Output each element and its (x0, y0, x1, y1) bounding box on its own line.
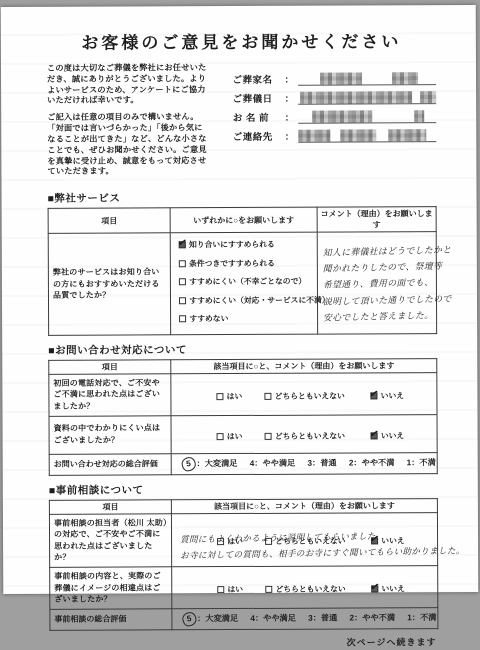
mosaic-block (414, 110, 424, 122)
checkbox-empty (265, 393, 272, 400)
option-hard-misfortune: すすめにくい（不幸ごとなので） (179, 276, 313, 288)
inquiry-row-materials: 資料の中でわかりにくい点はございましたか？ はい どちらともいえない ✓ いいえ (49, 414, 437, 454)
service-header-row: 項目 いずれかに○をお願いします コメント（理由）をお願いします (48, 207, 436, 234)
option-yes: はい (217, 584, 265, 595)
field-name: お 名 前 ： (233, 104, 437, 124)
check-mark: ✓ (368, 386, 380, 401)
option-label: どちらともいえない (275, 430, 345, 441)
field-contact: ご連絡先 ： (233, 123, 437, 143)
option-label: すすめにくい（対応・サービスに不満） (189, 294, 329, 306)
scale-text: 大変満足 (205, 459, 238, 468)
inquiry-table: 項目 該当項目に○と、コメント（理由）をお願いします 初回の電話対応で、ご不安や… (48, 358, 438, 475)
option-yes: はい (217, 430, 265, 441)
option-no: ✓ いいえ (371, 583, 404, 594)
check-mark: ✓ (369, 579, 381, 594)
checkbox-empty (265, 586, 272, 593)
option-label: どちらともいえない (275, 390, 345, 401)
scanned-survey-paper: お客様のご意見をお聞かせください この度は大切なご葬儀を弊社にお任せいただき、誠… (1, 5, 479, 594)
col-header-item: 項目 (48, 208, 170, 234)
consult-table: 項目 該当項目に○と、コメント（理由）をお願いします 事前相談の担当者（松川 太… (49, 498, 439, 600)
handwriting-line: 安心でしたと答えました。 (323, 308, 434, 327)
consult-answer: はい どちらともいえない ✓ いいえ (172, 566, 438, 600)
option-label: すすめにくい（不幸ごとなので） (189, 276, 306, 288)
consult-answer: はい どちらともいえない ✓ いいえ 質問にもよくわかるように説明してもらいまし… (172, 512, 438, 567)
mosaic-block (320, 72, 362, 84)
inquiry-answer: はい どちらともいえない ✓ いいえ (171, 414, 437, 453)
checkbox-checked: ✓ (371, 432, 378, 439)
option-label: いいえ (381, 390, 404, 401)
field-label: ご葬儀日 (233, 91, 283, 105)
mosaic-block (420, 91, 436, 103)
scale-text: やや不満 (362, 458, 395, 467)
inquiry-question: 初回の電話対応で、ご不安やご不満に思われた点はございましたか？ (49, 374, 171, 416)
checkbox-empty (265, 432, 272, 439)
checkbox-empty (179, 260, 186, 267)
page-title: お客様のご意見をお聞かせください (47, 27, 436, 54)
scale-2: 2：やや不満 (349, 458, 395, 467)
field-funeral-date: ご葬儀日 ： (233, 85, 437, 105)
option-label: はい (227, 584, 243, 595)
consult-question: 事前相談の担当者（松川 太助）の対応で、ご不安やご不満に思われた点はございました… (49, 513, 171, 567)
field-colon: ： (285, 110, 295, 124)
scale-colon: ： (312, 458, 320, 467)
option-not-recommend: すすめない (179, 313, 313, 325)
option-neither: どちらともいえない (265, 430, 371, 441)
option-label: 条件つきですすめられる (189, 258, 275, 269)
scale-text: やや満足 (262, 458, 295, 467)
field-label: ご葬家名 (232, 72, 282, 86)
check-mark: ✓ (177, 236, 189, 251)
option-label: はい (227, 391, 243, 402)
scale-text: 普通 (320, 458, 336, 467)
field-family-name: ご葬家名 ： (232, 66, 436, 86)
service-options: ✓ 知り合いにすすめられる 条件つきですすめられる すすめにくい（不幸ごとなので… (170, 232, 317, 334)
mosaic-block (312, 110, 372, 122)
answer-options: はい どちらともいえない ✓ いいえ (172, 579, 437, 595)
service-question: 弊社のサービスはお知り合いの方にもおすすめいただける品質でしたか？ (48, 233, 171, 335)
checkbox-empty (179, 297, 186, 304)
mosaic-block (388, 129, 426, 141)
intro-text: この度は大切なご葬儀を弊社にお任せいただき、誠にありがとうございました。よりよい… (47, 63, 211, 184)
rating-scale: 5：大変満足 4：やや満足 3：普通 2：やや不満 1：不満 (171, 452, 437, 474)
option-hard-dissatisfied: すすめにくい（対応・サービスに不満） (179, 294, 313, 306)
section-heading-service: ■弊社サービス (48, 189, 437, 206)
option-label: 知り合いにすすめられる (189, 239, 275, 250)
rating-label: お問い合わせ対応の総合評価 (49, 453, 171, 475)
field-colon: ： (285, 91, 295, 105)
inquiry-question: 資料の中でわかりにくい点はございましたか？ (49, 415, 171, 454)
inquiry-answer: はい どちらともいえない ✓ いいえ (171, 372, 437, 415)
field-label: ご連絡先 (233, 129, 283, 143)
checkbox-checked: ✓ (179, 242, 186, 249)
option-yes: はい (217, 391, 265, 402)
option-label: いいえ (381, 430, 404, 441)
answer-options: はい どちらともいえない ✓ いいえ (172, 386, 437, 402)
option-label: どちらともいえない (275, 583, 345, 594)
mosaic-block (392, 72, 418, 84)
circled-number: 5 (181, 456, 196, 472)
scale-colon: ： (353, 458, 361, 467)
check-mark: ✓ (369, 426, 381, 441)
scale-colon: ： (196, 459, 204, 468)
scale-1: 1：不満 (407, 458, 436, 467)
redacted-value-mosaic (298, 90, 436, 105)
scale-colon: ： (411, 458, 419, 467)
scale-4: 4：やや満足 (250, 458, 296, 467)
intro-paragraph-1: この度は大切なご葬儀を弊社にお任せいただき、誠にありがとうございました。よりよい… (47, 63, 211, 107)
contact-fields: ご葬家名 ： ご葬儀日 ： お 名 前 ： (232, 62, 436, 183)
service-row: 弊社のサービスはお知り合いの方にもおすすめいただける品質でしたか？ ✓ 知り合い… (48, 232, 436, 335)
checkbox-empty (217, 393, 224, 400)
consult-row-staff: 事前相談の担当者（松川 太助）の対応で、ご不安やご不満に思われた点はございました… (49, 512, 437, 567)
consult-question: 事前相談の内容と、実際のご葬儀にイメージの相違点はございましたか？ (50, 567, 172, 600)
scale-text: 不満 (419, 458, 435, 467)
redacted-value-mosaic (298, 71, 436, 86)
redacted-value-mosaic (298, 128, 436, 143)
col-header-detail: 該当項目に○と、コメント（理由）をお願いします (172, 498, 438, 513)
section-heading-consult: ■事前相談について (49, 481, 438, 498)
checkbox-empty (217, 433, 224, 440)
col-header-detail: 該当項目に○と、コメント（理由）をお願いします (171, 358, 437, 373)
option-neither: どちらともいえない (265, 583, 371, 594)
checkbox-checked: ✓ (371, 585, 378, 592)
field-colon: ： (285, 129, 295, 143)
option-conditional: 条件つきですすめられる (179, 257, 313, 269)
mosaic-block (298, 130, 330, 142)
option-label: いいえ (381, 583, 404, 594)
answer-options: はい どちらともいえない ✓ いいえ (172, 426, 437, 442)
service-handwritten-comment: 知人に葬儀社はどうでしたかと 聞かれたりしたので、祭壇等 希望通り、費用の面でも… (317, 232, 437, 334)
redacted-value-mosaic (298, 109, 436, 124)
scale-5-circled: 5：大変満足 (182, 459, 238, 468)
col-header-comment: コメント（理由）をお願いします (317, 207, 436, 233)
consult-row-image-gap: 事前相談の内容と、実際のご葬儀にイメージの相違点はございましたか？ はい どちら… (50, 566, 438, 600)
intro-section: この度は大切なご葬儀を弊社にお任せいただき、誠にありがとうございました。よりよい… (47, 62, 437, 184)
mosaic-block (340, 129, 376, 141)
section-heading-inquiry: ■お問い合わせ対応について (48, 341, 437, 358)
checkbox-empty (217, 586, 224, 593)
checkbox-checked: ✓ (371, 392, 378, 399)
col-header-item: 項目 (49, 499, 171, 514)
service-table: 項目 いずれかに○をお願いします コメント（理由）をお願いします 弊社のサービス… (48, 206, 438, 335)
intro-paragraph-2: ご記入は任意の項目のみで構いません。「対面では言いづらかった」「後から気になるこ… (47, 112, 211, 178)
scale-colon: ： (254, 458, 262, 467)
inquiry-rating-row: お問い合わせ対応の総合評価 5：大変満足 4：やや満足 3：普通 2：やや不満 … (49, 452, 437, 475)
inquiry-row-phone: 初回の電話対応で、ご不安やご不満に思われた点はございましたか？ はい どちらとも… (49, 372, 437, 415)
col-header-item: 項目 (49, 360, 171, 375)
option-recommend: ✓ 知り合いにすすめられる (179, 239, 313, 251)
mosaic-block (300, 91, 412, 103)
option-label: はい (227, 431, 243, 442)
option-label: すすめない (189, 313, 228, 324)
checkbox-empty (179, 316, 186, 323)
field-label: お 名 前 (233, 110, 283, 124)
scale-3: 3：普通 (307, 458, 336, 467)
consult-handwritten-comment: 質問にもよくわかるように説明してもらいました、 お寺に対しての質問も、相手のお寺… (180, 528, 480, 562)
option-no: ✓ いいえ (371, 390, 404, 401)
option-neither: どちらともいえない (265, 390, 371, 401)
col-header-choice: いずれかに○をお願いします (170, 207, 317, 233)
option-no: ✓ いいえ (371, 430, 404, 441)
checkbox-empty (179, 279, 186, 286)
field-colon: ： (284, 72, 294, 86)
